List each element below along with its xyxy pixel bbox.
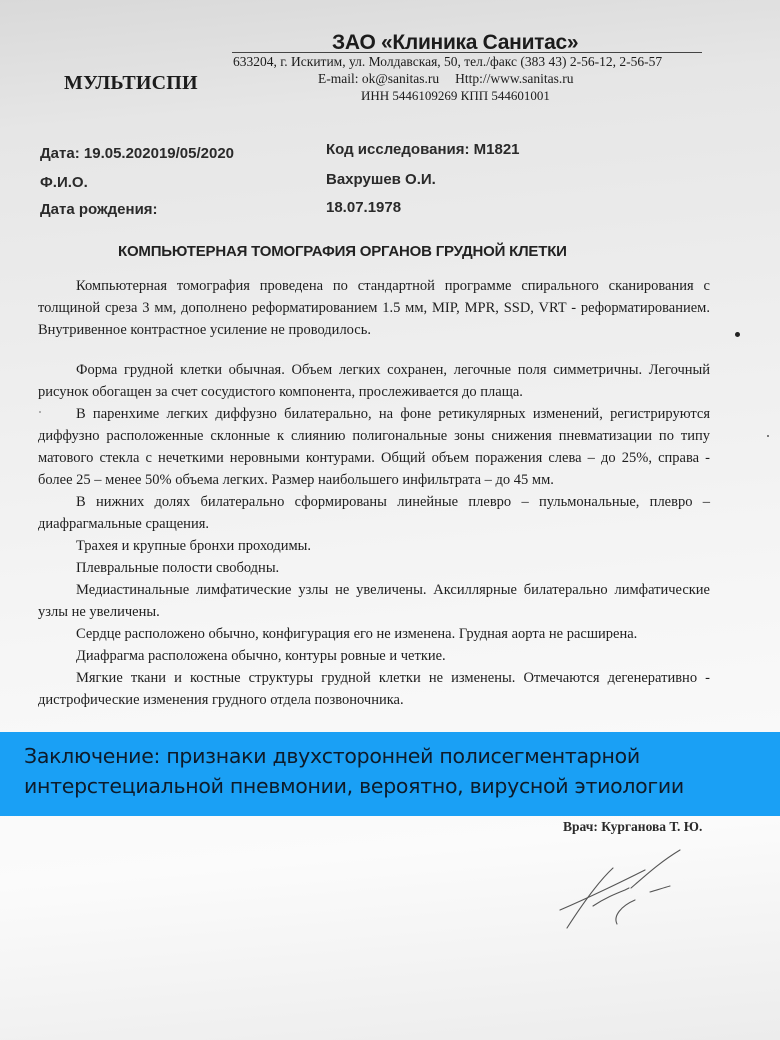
clinic-website: Http://www.sanitas.ru — [455, 71, 573, 86]
exam-date: Дата: 19.05.202019/05/2020 — [40, 145, 234, 162]
finding-paragraph: Форма грудной клетки обычная. Объем легк… — [38, 359, 710, 403]
clinic-logo-text: МУЛЬТИСПИ — [64, 72, 198, 95]
report-title: КОМПЬЮТЕРНАЯ ТОМОГРАФИЯ ОРГАНОВ ГРУДНОЙ … — [118, 243, 567, 260]
scan-speck — [39, 411, 41, 413]
birth-date-label: Дата рождения: — [40, 201, 158, 218]
signature-icon — [555, 840, 715, 935]
finding-paragraph: Медиастинальные лимфатические узлы не ув… — [38, 579, 710, 623]
clinic-contacts: E-mail: ok@sanitas.ruHttp://www.sanitas.… — [318, 71, 574, 87]
clinic-email: E-mail: ok@sanitas.ru — [318, 71, 439, 86]
finding-paragraph: В нижних долях билатерально сформированы… — [38, 491, 710, 535]
patient-name-value: Вахрушев О.И. — [326, 171, 436, 188]
conclusion-line-1: Заключение: признаки двухсторонней полис… — [24, 741, 780, 771]
conclusion-banner: Заключение: признаки двухсторонней полис… — [0, 732, 780, 816]
finding-paragraph: В паренхиме легких диффузно билатерально… — [38, 403, 710, 491]
clinic-address: 633204, г. Искитим, ул. Молдавская, 50, … — [233, 54, 662, 70]
patient-name-label: Ф.И.О. — [40, 174, 88, 191]
scanned-document: ЗАО «Клиника Санитас» 633204, г. Искитим… — [0, 0, 780, 1040]
conclusion-line-2: интерстециальной пневмонии, вероятно, ви… — [24, 771, 780, 801]
scan-speck — [767, 435, 769, 437]
clinic-tax-ids: ИНН 5446109269 КПП 544601001 — [361, 88, 550, 104]
doctor-name: Врач: Курганова Т. Ю. — [563, 819, 702, 835]
finding-paragraph: Сердце расположено обычно, конфигурация … — [38, 623, 710, 645]
birth-date-value: 18.07.1978 — [326, 199, 401, 216]
header-divider — [232, 52, 702, 53]
report-intro: Компьютерная томография проведена по ста… — [38, 275, 710, 341]
study-code: Код исследования: М1821 — [326, 141, 520, 158]
finding-paragraph: Мягкие ткани и костные структуры грудной… — [38, 667, 710, 711]
scan-speck — [735, 332, 740, 337]
intro-paragraph: Компьютерная томография проведена по ста… — [38, 275, 710, 341]
finding-paragraph: Трахея и крупные бронхи проходимы. — [38, 535, 710, 557]
report-findings: Форма грудной клетки обычная. Объем легк… — [38, 359, 710, 711]
finding-paragraph: Плевральные полости свободны. — [38, 557, 710, 579]
finding-paragraph: Диафрагма расположена обычно, контуры ро… — [38, 645, 710, 667]
